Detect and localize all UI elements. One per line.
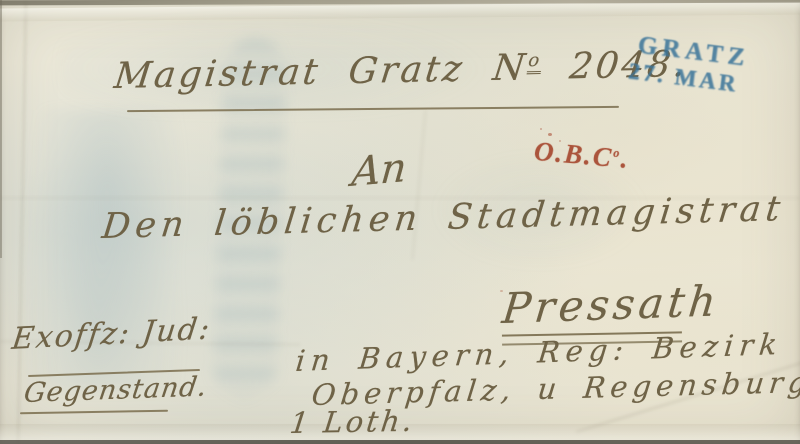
left-note-line1: Exoffz: Jud: bbox=[10, 311, 213, 357]
left-note-underline2 bbox=[20, 410, 168, 415]
paper-edge-bottom bbox=[0, 440, 800, 444]
postmark-gratz: GRATZ 27. MAR bbox=[627, 31, 757, 99]
stamp-obc: O.B.Co. bbox=[533, 136, 631, 175]
docket-text-start: Magistrat Gratz N bbox=[112, 47, 530, 97]
red-ink-speck bbox=[500, 290, 503, 292]
red-ink-speck bbox=[540, 128, 542, 130]
stamp-obc-period: . bbox=[620, 143, 631, 174]
red-ink-speck bbox=[548, 133, 552, 136]
destination-pressath: Pressath bbox=[500, 276, 722, 333]
stamp-obc-text: O.B.C bbox=[533, 136, 614, 173]
red-ink-speck bbox=[559, 140, 561, 142]
docket-line: Magistrat Gratz No 2048. bbox=[112, 44, 690, 97]
paper-edge-left bbox=[0, 0, 2, 258]
docket-underline bbox=[127, 106, 619, 112]
left-note-line2: Gegenstand. bbox=[22, 371, 210, 409]
salutation-an: An bbox=[350, 145, 409, 196]
route-line-3: 1 Loth. bbox=[288, 404, 417, 440]
letter-cover: Magistrat Gratz No 2048. GRATZ 27. MAR O… bbox=[0, 0, 800, 444]
